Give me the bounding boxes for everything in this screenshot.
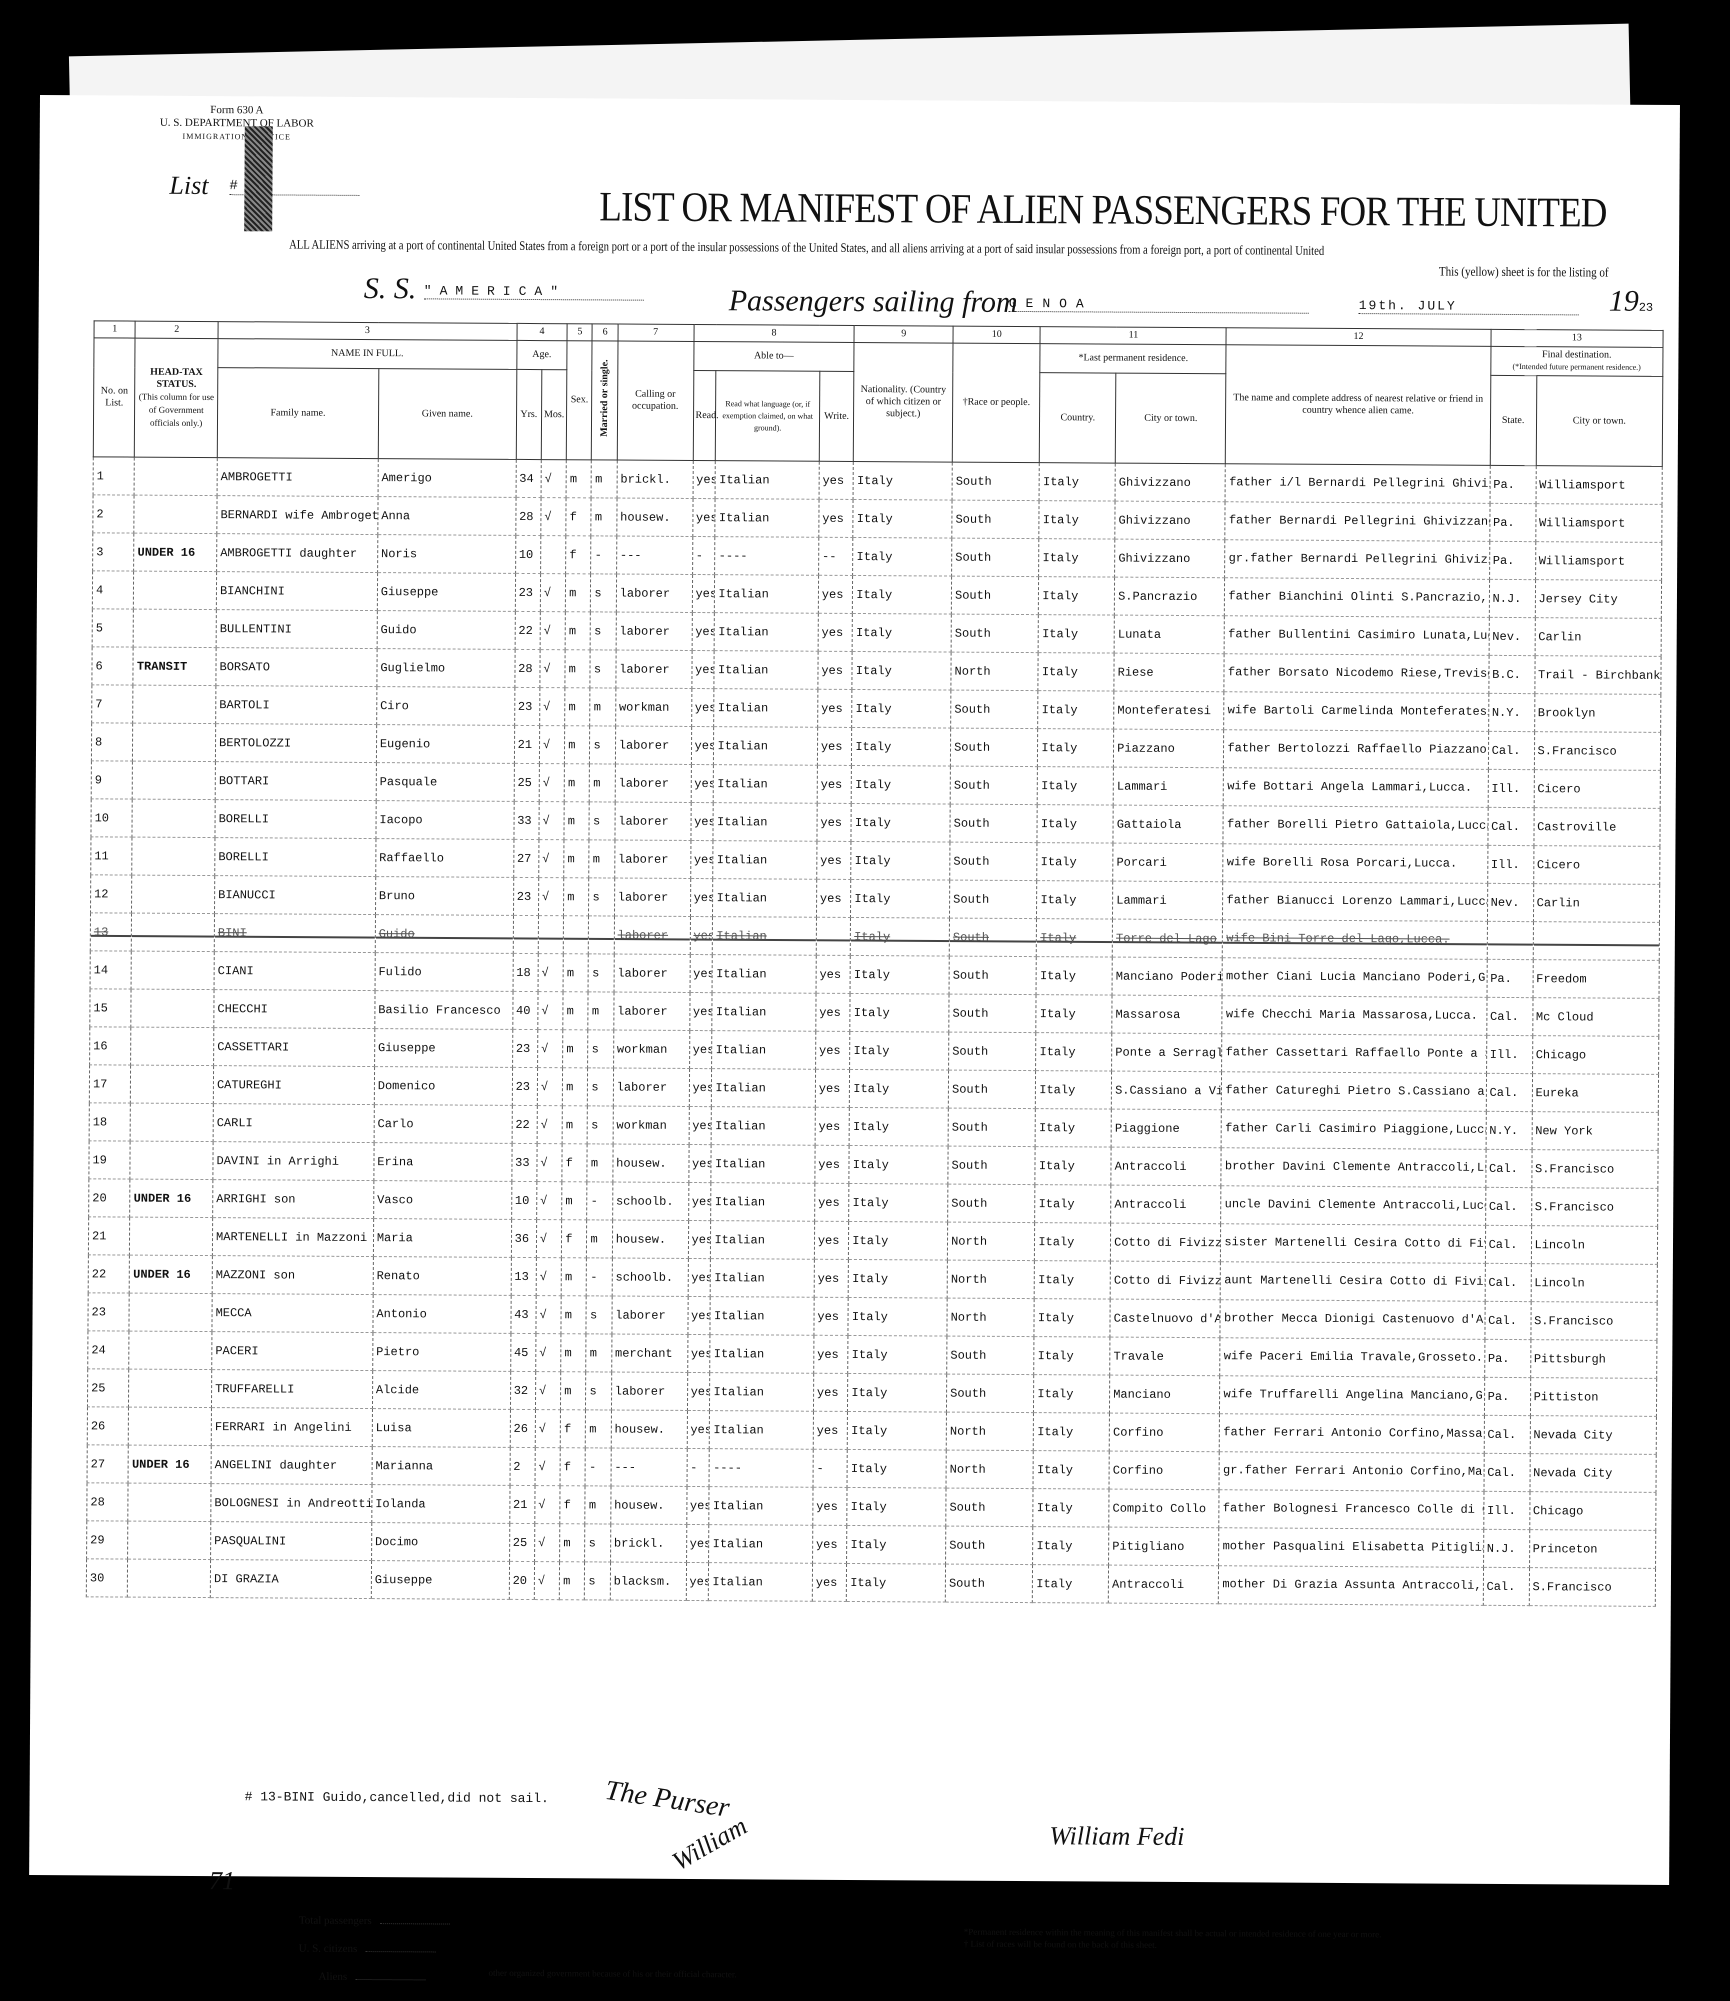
cell-age: 32 [510, 1371, 535, 1409]
cell-age: 28 [515, 649, 540, 687]
header-family-name: Family name. [217, 368, 378, 459]
cell-country: Italy [1033, 1489, 1109, 1527]
cell-relative: wife Truffarelli Angelina Manciano,Gross… [1220, 1376, 1484, 1416]
cell-read: yes [687, 1372, 710, 1410]
passenger-manifest-table: 1 2 3 4 5 6 7 8 9 10 11 12 13 No. on Lis… [86, 320, 1664, 1607]
cell-given: Guido [377, 611, 515, 650]
cell-country: Italy [1039, 577, 1115, 615]
cell-read: yes [686, 1562, 709, 1600]
cell-sex: f [566, 536, 591, 574]
cell-family: ANGELINI daughter [211, 1446, 372, 1485]
cell-age: 27 [513, 839, 538, 877]
cell-occ: laborer [616, 612, 692, 650]
cell-relative: father Carli Casimiro Piaggione,Lucca. [1222, 1110, 1486, 1150]
cell-family: BINI [214, 914, 375, 953]
cell-race: North [946, 1450, 1034, 1489]
cell-occ: schoolb. [612, 1182, 688, 1220]
cell-read: - [692, 536, 715, 574]
cell-city: Castelnuovo d'Asti [1110, 1299, 1221, 1338]
cell-race: South [952, 500, 1040, 539]
cell-ms: m [588, 992, 613, 1030]
cell-no: 23 [88, 1293, 130, 1331]
cell-state: Cal. [1488, 731, 1534, 769]
cell-relative: wife Bartoli Carmelinda Monteferatesi,Lu… [1224, 692, 1488, 732]
header-able-to: Able to— [693, 341, 854, 371]
cell-lang: Italian [712, 1069, 816, 1108]
col-num: 13 [1491, 329, 1663, 347]
cell-state: Pa. [1487, 959, 1533, 997]
cell-relative: wife Bini Torre del Lago,Lucca. [1223, 920, 1487, 960]
cell-ms: - [591, 536, 616, 574]
cell-nat: Italy [848, 1335, 947, 1374]
cell-family: CIANI [214, 952, 375, 991]
cell-state: Nev. [1487, 883, 1533, 921]
col-num: 2 [135, 321, 218, 339]
cell-tax [129, 1407, 212, 1446]
cell-given: Raffaello [376, 839, 514, 878]
cell-family: BORELLI [215, 800, 376, 839]
cell-read: yes [688, 1182, 711, 1220]
cell-nat: Italy [852, 727, 951, 766]
cell-no: 5 [92, 609, 134, 647]
cell-occ: laborer [616, 650, 692, 688]
cell-relative: brother Mecca Dionigi Castenuovo d'Asti,… [1220, 1300, 1484, 1340]
cell-dest: Lincoln [1531, 1264, 1658, 1303]
cell-city: Manciano Poderi [1112, 957, 1223, 996]
cell-state: Pa. [1484, 1377, 1530, 1415]
cell-lang: Italian [714, 765, 818, 804]
col-num: 12 [1226, 328, 1490, 347]
cell-state: B.C. [1488, 655, 1534, 693]
cell-dest: Williamsport [1535, 542, 1662, 581]
cell-read: yes [686, 1524, 709, 1562]
cell-given: Guglielmo [377, 649, 515, 688]
cell-age: 34 [516, 459, 541, 497]
cell-occ: workman [613, 1030, 689, 1068]
cell-read: yes [692, 498, 715, 536]
cell-write: yes [815, 1069, 850, 1107]
cell-state: Cal. [1485, 1187, 1531, 1225]
cell-mos: √ [537, 1144, 562, 1182]
cell-write: yes [818, 613, 853, 651]
form-identifier: Form 630 A U. S. DEPARTMENT OF LABOR IMM… [160, 104, 314, 144]
cell-sex: f [560, 1410, 585, 1448]
cell-lang: Italian [713, 917, 817, 956]
cell-city: Travale [1110, 1337, 1221, 1376]
cell-race: South [946, 1488, 1034, 1527]
cell-dest: Eureka [1532, 1074, 1659, 1113]
cell-lang: ---- [709, 1449, 813, 1488]
cell-write: yes [816, 879, 851, 917]
cell-sex: m [564, 802, 589, 840]
header-city: City or town. [1115, 373, 1226, 464]
cell-tax [130, 1217, 213, 1256]
header-nationality: Nationality. (Country of which citizen o… [854, 342, 953, 462]
cell-dest: Cicero [1533, 846, 1660, 885]
cell-lang: Italian [710, 1335, 814, 1374]
cell-ms [589, 916, 614, 954]
header-calling: Calling or occupation. [617, 341, 694, 460]
cell-occ: merchant [611, 1334, 687, 1372]
cell-occ: brickl. [617, 460, 693, 498]
cell-city: Ghivizzano [1115, 463, 1226, 502]
cell-lang: Italian [710, 1411, 814, 1450]
cell-sex: f [566, 498, 591, 536]
cell-no: 8 [91, 723, 133, 761]
cell-write: yes [814, 1259, 849, 1297]
cell-city: Riese [1114, 653, 1225, 692]
cell-city: Torre del Lago [1112, 919, 1223, 958]
cell-mos: √ [537, 1030, 562, 1068]
cell-dest: Chicago [1532, 1036, 1659, 1075]
cell-given: Noris [377, 535, 515, 574]
cell-country: Italy [1035, 1261, 1111, 1299]
cell-city: S.Pancrazio [1114, 577, 1225, 616]
cell-sex: m [566, 460, 591, 498]
department: U. S. DEPARTMENT OF LABOR [160, 117, 314, 131]
cell-write: yes [814, 1297, 849, 1335]
cell-mos: √ [535, 1372, 560, 1410]
cell-given: Anna [378, 497, 516, 536]
cell-read: yes [691, 688, 714, 726]
small-footer-text: other organized government because of hi… [489, 1968, 737, 1980]
cell-dest: Williamsport [1536, 466, 1663, 505]
cell-read: yes [688, 1144, 711, 1182]
cell-no: 19 [89, 1141, 131, 1179]
cell-race: North [947, 1222, 1035, 1261]
cell-mos: √ [540, 688, 565, 726]
cell-family: BORELLI [215, 838, 376, 877]
cell-dest: Trail - Birchbank [1534, 656, 1661, 695]
footnotes: *Permanent residence within the meaning … [964, 1926, 1382, 1953]
cell-age: 18 [513, 953, 538, 991]
header-given-name: Given name. [378, 369, 516, 460]
cell-state: N.J. [1483, 1529, 1529, 1567]
cell-tax [133, 609, 216, 648]
cell-state: Cal. [1486, 997, 1532, 1035]
cell-relative: father Ferrari Antonio Corfino,Massa Car… [1220, 1414, 1484, 1454]
cell-no: 13 [90, 913, 132, 951]
cell-read: yes [691, 764, 714, 802]
cell-sex: m [565, 726, 590, 764]
cell-mos: √ [535, 1486, 560, 1524]
header-no-on-list: No. on List. [93, 338, 135, 457]
cell-family: BERNARDI wife Ambrogetti [217, 496, 378, 535]
officer-signature: William Fedi [1049, 1821, 1184, 1852]
header-head-tax: HEAD-TAX STATUS.(This column for use of … [135, 338, 218, 458]
cell-nat: Italy [853, 499, 952, 538]
cell-lang: Italian [714, 651, 818, 690]
cell-lang: Italian [709, 1563, 813, 1602]
cell-tax [134, 495, 217, 534]
cell-read: yes [690, 878, 713, 916]
cell-state: Pa. [1489, 503, 1535, 541]
col-num: 4 [517, 323, 568, 340]
cell-race: South [945, 1564, 1033, 1603]
cell-write: yes [818, 651, 853, 689]
cell-age: 10 [515, 535, 540, 573]
cell-no: 14 [90, 951, 132, 989]
departure-year: 1923 [1609, 285, 1654, 319]
cell-ms: s [590, 726, 615, 764]
col-num: 1 [94, 321, 135, 338]
handwritten-number: 71 [209, 1866, 235, 1896]
cell-given: Pietro [373, 1333, 511, 1372]
header-write: Write. [819, 371, 854, 461]
cell-country: Italy [1033, 1451, 1109, 1489]
cell-no: 18 [89, 1103, 131, 1141]
cell-country: Italy [1033, 1565, 1109, 1603]
cell-age: 23 [514, 687, 539, 725]
cell-occ: laborer [612, 1296, 688, 1334]
total-passengers-line: Total passengers [299, 1907, 450, 1936]
cell-occ: laborer [615, 726, 691, 764]
cell-sex: m [563, 1068, 588, 1106]
cell-occ: laborer [614, 916, 690, 954]
sailing-label: Passengers sailing from [729, 284, 1018, 320]
cell-read: yes [693, 460, 716, 498]
passenger-rows: 1AMBROGETTIAmerigo34√mmbrickl.yesItalian… [86, 457, 1662, 1607]
cell-write: yes [815, 1031, 850, 1069]
cell-age: 25 [509, 1523, 534, 1561]
cell-race: South [946, 1526, 1034, 1565]
cell-country: Italy [1037, 919, 1113, 957]
cell-tax [132, 875, 215, 914]
cell-write: yes [817, 841, 852, 879]
cell-tax [129, 1369, 212, 1408]
cell-family: BARTOLI [216, 686, 377, 725]
cell-relative: father Catureghi Pietro S.Cassiano a Vic… [1222, 1072, 1486, 1112]
cell-lang: Italian [711, 1145, 815, 1184]
cell-dest: Nevada City [1530, 1454, 1657, 1493]
cell-ms: s [590, 650, 615, 688]
form-number: Form 630 A [160, 104, 314, 118]
cell-lang: Italian [713, 955, 817, 994]
cell-dest: Pittsburgh [1530, 1340, 1657, 1379]
cell-no: 22 [88, 1255, 130, 1293]
cell-relative: father Bianucci Lorenzo Lammari,Lucca. [1223, 882, 1487, 922]
cell-mos: √ [540, 612, 565, 650]
cell-ms: s [589, 802, 614, 840]
cell-occ: housew. [612, 1220, 688, 1258]
cell-no: 4 [92, 571, 134, 609]
cell-city: Lammari [1113, 881, 1224, 920]
cell-write: - [813, 1449, 848, 1487]
cell-nat: Italy [851, 879, 950, 918]
cell-age: 33 [514, 801, 539, 839]
cell-lang: Italian [711, 1221, 815, 1260]
cell-tax [129, 1293, 212, 1332]
cell-city: Antraccoli [1108, 1565, 1219, 1604]
cell-given: Pasquale [376, 763, 514, 802]
cell-sex: m [562, 1106, 587, 1144]
cell-lang: Italian [710, 1297, 814, 1336]
cell-age: 23 [513, 877, 538, 915]
cell-mos: √ [534, 1562, 559, 1600]
cell-country: Italy [1039, 501, 1115, 539]
cell-country: Italy [1034, 1375, 1110, 1413]
cell-race: South [949, 1032, 1037, 1071]
document-title: LIST OR MANIFEST OF ALIEN PASSENGERS FOR… [599, 183, 1607, 237]
cell-relative: gr.father Bernardi Pellegrini Ghivizzano… [1225, 540, 1489, 580]
cell-occ: housew. [613, 1144, 689, 1182]
header-age: Age. [516, 340, 567, 369]
cell-family: BULLENTINI [216, 610, 377, 649]
cell-family: CARLI [213, 1104, 374, 1143]
cell-nat: Italy [852, 651, 951, 690]
cell-race: South [950, 842, 1038, 881]
cell-dest: Princeton [1529, 1530, 1656, 1569]
cell-state: Cal. [1484, 1453, 1530, 1491]
departure-port: GENOA [1009, 296, 1309, 314]
cell-tax [133, 761, 216, 800]
cell-ms: s [585, 1562, 610, 1600]
cell-write: yes [812, 1525, 847, 1563]
total-passengers-label: Total passengers [299, 1915, 372, 1927]
cell-write: yes [817, 765, 852, 803]
cell-race: South [948, 1108, 1036, 1147]
ship-name: "AMERICA" [424, 283, 644, 300]
cell-tax [131, 1027, 214, 1066]
cell-relative: father Bolognesi Francesco Colle di Comp… [1219, 1490, 1483, 1530]
cell-country: Italy [1035, 1223, 1111, 1261]
cell-country: Italy [1035, 1147, 1111, 1185]
cell-mos: √ [541, 460, 566, 498]
cell-relative: father Bianchini Olinti S.Pancrazio,Lucc… [1225, 578, 1489, 618]
cell-sex: f [562, 1220, 587, 1258]
header-last-residence: *Last permanent residence. [1040, 344, 1226, 374]
cell-dest: Freedom [1533, 960, 1660, 999]
cell-tax [132, 799, 215, 838]
cell-mos: √ [536, 1296, 561, 1334]
cell-family: DAVINI in Arrighi [213, 1142, 374, 1181]
cell-relative: wife Checchi Maria Massarosa,Lucca. [1222, 996, 1486, 1036]
cell-no: 21 [88, 1217, 130, 1255]
cell-city: Corfino [1109, 1451, 1220, 1490]
cell-mos: √ [536, 1334, 561, 1372]
cell-family: CATUREGHI [213, 1066, 374, 1105]
cell-mos: √ [535, 1448, 560, 1486]
cell-country: Italy [1039, 539, 1115, 577]
cell-city: Lammari [1113, 767, 1224, 806]
cell-ms: s [591, 612, 616, 650]
cell-nat: Italy [852, 689, 951, 728]
cell-state: Nev. [1489, 617, 1535, 655]
cell-lang: Italian [716, 461, 820, 500]
cell-occ: laborer [616, 574, 692, 612]
cell-no: 10 [91, 799, 133, 837]
cell-ms: m [585, 1486, 610, 1524]
cell-read: yes [692, 574, 715, 612]
header-dest-city: City or town. [1536, 376, 1663, 467]
cell-age: 22 [512, 1105, 537, 1143]
cell-state: N.Y. [1488, 693, 1534, 731]
cell-relative: wife Bottari Angela Lammari,Lucca. [1224, 768, 1488, 808]
cell-sex: m [564, 764, 589, 802]
cell-city: Pitigliano [1109, 1527, 1220, 1566]
cell-state: Cal. [1486, 1073, 1532, 1111]
cell-no: 11 [91, 837, 133, 875]
cell-given: Ciro [376, 687, 514, 726]
cell-country: Italy [1034, 1299, 1110, 1337]
cell-given: Giuseppe [377, 573, 515, 612]
cell-read: - [687, 1448, 710, 1486]
cell-given: Vasco [373, 1181, 511, 1220]
cell-ms: m [586, 1410, 611, 1448]
cell-write: yes [813, 1487, 848, 1525]
cell-mos: √ [538, 954, 563, 992]
header-state: State. [1490, 375, 1536, 465]
cell-dest: Jersey City [1535, 580, 1662, 619]
cell-nat: Italy [850, 955, 949, 994]
cell-country: Italy [1038, 767, 1114, 805]
cancellation-note: # 13-BINI Guido,cancelled,did not sail. [245, 1789, 549, 1806]
cell-relative: mother Di Grazia Assunta Antraccoli,Lucc… [1219, 1566, 1483, 1606]
cell-state: Pa. [1484, 1339, 1530, 1377]
cell-ms: s [586, 1372, 611, 1410]
cell-no: 29 [87, 1521, 129, 1559]
cell-city: Antraccoli [1111, 1147, 1222, 1186]
cell-age: 36 [511, 1219, 536, 1257]
cell-lang: Italian [709, 1525, 813, 1564]
cell-family: BIANCHINI [216, 572, 377, 611]
cell-family: BOTTARI [215, 762, 376, 801]
col-num: 10 [953, 326, 1040, 344]
cell-tax [131, 989, 214, 1028]
cell-write: yes [818, 575, 853, 613]
cell-no: 9 [91, 761, 133, 799]
cell-dest: S.Francisco [1529, 1568, 1656, 1607]
cell-tax: UNDER 16 [128, 1445, 211, 1484]
cell-nat: Italy [848, 1259, 947, 1298]
cell-ms: - [587, 1182, 612, 1220]
cell-family: CHECCHI [214, 990, 375, 1029]
cell-ms: m [592, 460, 617, 498]
cell-family: ARRIGHI son [213, 1180, 374, 1219]
cell-occ: laborer [614, 992, 690, 1030]
cell-sex: f [560, 1486, 585, 1524]
cell-family: PACERI [212, 1332, 373, 1371]
cell-race: South [951, 690, 1039, 729]
cell-mos: √ [538, 878, 563, 916]
cell-no: 28 [87, 1483, 129, 1521]
cell-sex: m [560, 1562, 585, 1600]
cell-tax: TRANSIT [133, 647, 216, 686]
cell-sex: m [563, 1030, 588, 1068]
header-name-in-full: NAME IN FULL. [218, 339, 517, 370]
cell-given: Renato [373, 1257, 511, 1296]
col-num: 6 [592, 324, 617, 341]
cell-city: Piazzano [1114, 729, 1225, 768]
cell-occ: laborer [615, 802, 691, 840]
cell-age: 23 [512, 1029, 537, 1067]
cell-race: South [948, 1184, 1036, 1223]
cell-write: -- [818, 537, 853, 575]
cell-read: yes [692, 612, 715, 650]
cell-race: North [947, 1298, 1035, 1337]
cell-age: 26 [510, 1409, 535, 1447]
cell-lang: Italian [712, 993, 816, 1032]
cell-lang: Italian [711, 1259, 815, 1298]
cell-age: 40 [512, 991, 537, 1029]
cell-family: BORSATO [216, 648, 377, 687]
cell-tax [131, 951, 214, 990]
cell-write: yes [813, 1411, 848, 1449]
cell-age: 28 [515, 497, 540, 535]
cell-relative: father i/l Bernardi Pellegrini Ghivizzan… [1225, 464, 1489, 504]
cell-age: 22 [515, 611, 540, 649]
cell-dest: Williamsport [1535, 504, 1662, 543]
